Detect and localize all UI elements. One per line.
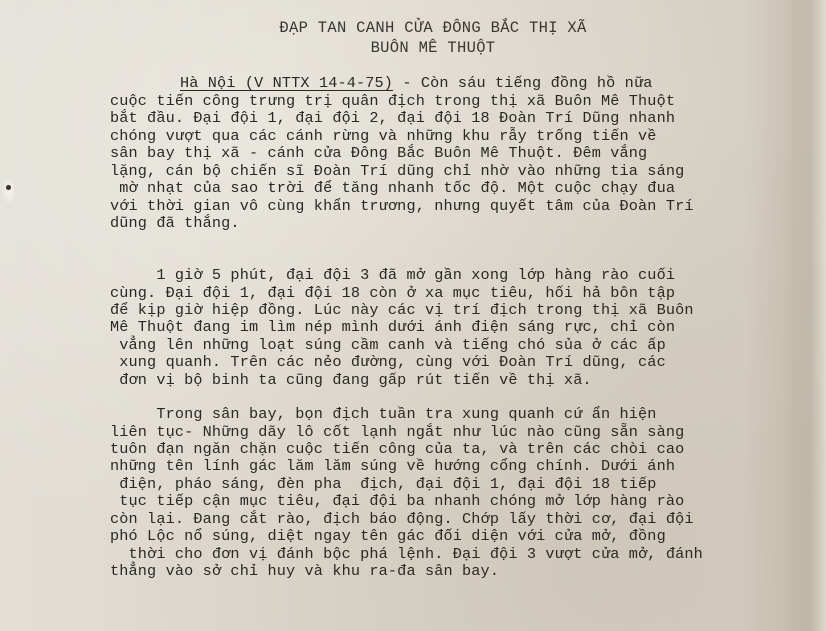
body-line: 1 giờ 5 phút, đại đội 3 đã mở gần xong l… — [110, 266, 675, 284]
body-line: lặng, cán bộ chiến sĩ Đoàn Trí dũng chỉ … — [110, 162, 684, 180]
body-line: phó Lộc nổ súng, diệt ngay tên gác đối d… — [110, 527, 666, 545]
page-edge-shadow — [786, 0, 826, 631]
scanned-typewritten-page: ĐẠP TAN CANH CỬA ĐÔNG BẮC THỊ XÃ BUÔN MÊ… — [0, 0, 826, 631]
body-line: Mê Thuột đang im lìm nép mình dưới ánh đ… — [110, 318, 675, 336]
document-title-line-2: BUÔN MÊ THUỘT — [0, 38, 826, 58]
body-line: sân bay thị xã - cánh cửa Đông Bắc Buôn … — [110, 144, 647, 162]
dateline-row: Hà Nội (V NTTX 14-4-75) - Còn sáu tiếng … — [180, 74, 652, 92]
body-line: cuộc tiến công trưng trị quân địch trong… — [110, 92, 675, 110]
document-title-line-1: ĐẠP TAN CANH CỬA ĐÔNG BẮC THỊ XÃ — [0, 18, 826, 38]
ink-blot — [6, 185, 11, 190]
dateline: Hà Nội (V NTTX 14-4-75) — [180, 74, 393, 92]
body-line: dũng đã thắng. — [110, 214, 240, 232]
body-line: cùng. Đại đội 1, đại đội 18 còn ở xa mục… — [110, 284, 675, 302]
body-line: tục tiếp cận mục tiêu, đại đội ba nhanh … — [110, 492, 684, 510]
body-line: thẳng vào sở chỉ huy và khu ra-đa sân ba… — [110, 562, 499, 580]
body-line: mờ nhạt của sao trời để tăng nhanh tốc đ… — [110, 179, 675, 197]
body-line: thời cho đơn vị đánh bộc phá lệnh. Đại đ… — [110, 545, 703, 563]
body-line: - Còn sáu tiếng đồng hồ nữa — [393, 74, 652, 92]
body-line: chóng vượt qua các cánh rừng và những kh… — [110, 127, 657, 145]
body-line: điện, pháo sáng, đèn pha địch, đại đội 1… — [110, 475, 657, 493]
body-line: những tên lính gác lăm lăm súng về hướng… — [110, 457, 675, 475]
body-line: Trong sân bay, bọn địch tuần tra xung qu… — [110, 405, 657, 423]
body-line: còn lại. Đang cắt rào, địch báo động. Ch… — [110, 510, 694, 528]
body-line: để kịp giờ hiệp đồng. Lúc này các vị trí… — [110, 301, 694, 319]
body-line: tuôn đạn ngăn chặn cuộc tiến công của ta… — [110, 440, 684, 458]
body-line: xung quanh. Trên các nẻo đường, cùng với… — [110, 353, 666, 371]
body-line: với thời gian vô cùng khẩn trương, nhưng… — [110, 197, 694, 215]
body-line: liên tục- Những dãy lô cốt lạnh ngắt như… — [110, 423, 684, 441]
body-line: đơn vị bộ binh ta cũng đang gấp rút tiến… — [110, 371, 592, 389]
paper-tear-mark — [2, 178, 14, 204]
body-line: vẳng lên những loạt súng cầm canh và tiế… — [110, 336, 666, 354]
body-line: bắt đầu. Đại đội 1, đại đội 2, đại đội 1… — [110, 109, 675, 127]
